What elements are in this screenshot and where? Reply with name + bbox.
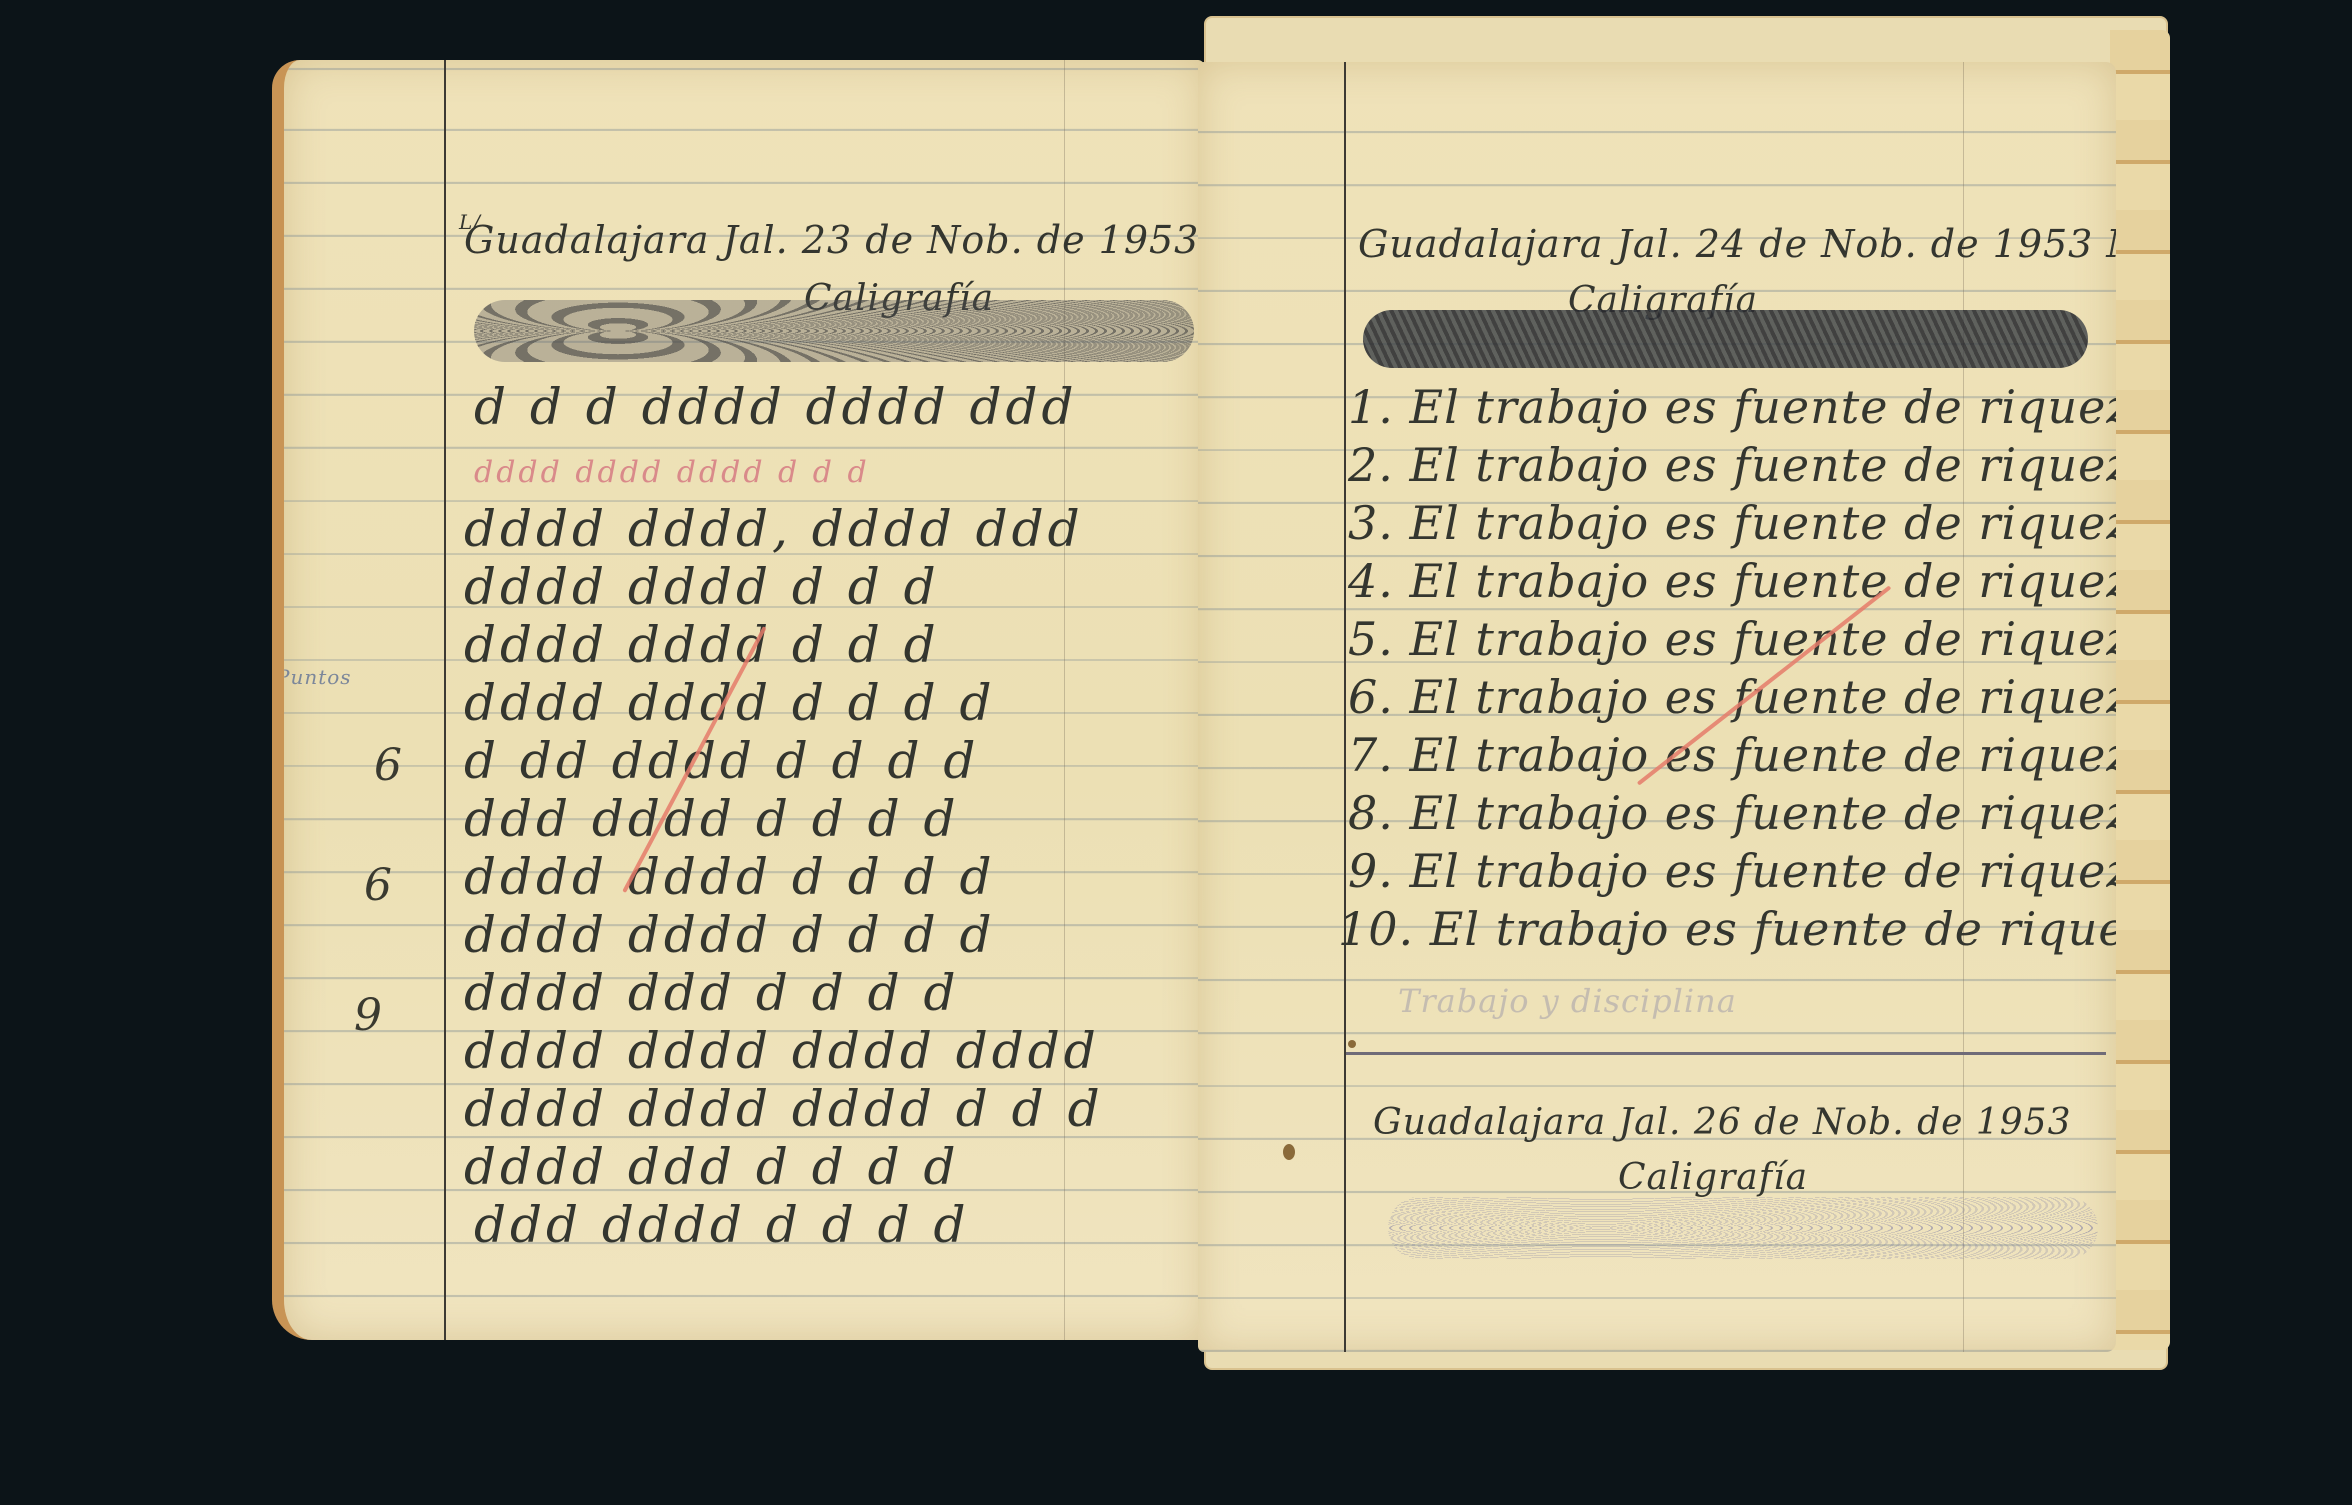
sentence-text: El trabajo es fuente de riqueza: [1410, 844, 2116, 898]
sentence-line: 9. El trabajo es fuente de riqueza: [1348, 844, 2116, 898]
second-entry-subheading: Caligrafía: [1618, 1157, 1808, 1198]
red-guide-line: dddd dddd dddd d d d: [474, 455, 870, 490]
margin-line: [1344, 62, 1346, 1352]
drill-line: dddd dddd d d d: [464, 616, 940, 674]
faint-erased-text: Trabajo y disciplina: [1398, 982, 1737, 1020]
sentence-text: El trabajo es fuente de riqueza: [1410, 496, 2116, 550]
scribble-crossed-out-line: [1363, 310, 2088, 368]
sentence-line: 2. El trabajo es fuente de riqueza: [1348, 438, 2116, 492]
entry-divider: [1346, 1052, 2106, 1055]
sentence-text: El trabajo es fuente de riqueza: [1410, 728, 2116, 782]
scribble-oval-exercise: [1388, 1197, 2098, 1259]
open-notebook: L/ Guadalajara Jal. 23 de Nob. de 1953 N…: [0, 0, 2352, 1505]
line-number: 6.: [1348, 670, 1394, 724]
drill-line: dddd dddd d d d d: [464, 906, 996, 964]
drill-line: dddd dddd d d d d: [464, 848, 996, 906]
drill-line: dddd dddd dddd dddd: [464, 1022, 1100, 1080]
sentence-text: El trabajo es fuente de riqueza: [1410, 438, 2116, 492]
sentence-line: 6. El trabajo es fuente de riqueza: [1348, 670, 2116, 724]
drill-line: dddd dddd, dddd ddd: [464, 500, 1084, 558]
second-entry-heading: Guadalajara Jal. 26 de Nob. de 1953: [1373, 1102, 2072, 1143]
line-number: 8.: [1348, 786, 1394, 840]
line-number: 2.: [1348, 438, 1394, 492]
sentence-text: El trabajo es fuente de riqueza: [1410, 612, 2116, 666]
line-number: 1.: [1348, 380, 1394, 434]
scribble-oval-exercise: [474, 300, 1194, 362]
sentence-line: 8. El trabajo es fuente de riqueza: [1348, 786, 2116, 840]
drill-line: ddd dddd d d d d: [474, 1196, 970, 1254]
right-page: Guadalajara Jal. 24 de Nob. de 1953 N.78…: [1198, 62, 2116, 1352]
ink-spot: [1348, 1040, 1356, 1048]
sentence-text: El trabajo es fuente de riqueza: [1430, 902, 2116, 956]
margin-faint-label: Puntos: [276, 665, 352, 689]
sentence-line: 7. El trabajo es fuente de riqueza: [1348, 728, 2116, 782]
margin-grade: 6: [374, 740, 403, 791]
drill-line: ddd dddd d d d d: [464, 790, 960, 848]
sentence-text: El trabajo es fuente de riqueza: [1410, 670, 2116, 724]
line-number: 9.: [1348, 844, 1394, 898]
left-page: L/ Guadalajara Jal. 23 de Nob. de 1953 N…: [272, 60, 1204, 1340]
drill-line: dddd dddd dddd d d d: [464, 1080, 1104, 1138]
line-number: 5.: [1348, 612, 1394, 666]
sentence-text: El trabajo es fuente de riqueza: [1410, 554, 2116, 608]
frayed-page-edges: [2110, 30, 2170, 1350]
sentence-text: El trabajo es fuente de riqueza: [1410, 786, 2116, 840]
drill-line: d d d dddd dddd ddd: [474, 378, 1078, 436]
drill-line: dddd ddd d d d d: [464, 964, 960, 1022]
line-number: 10.: [1338, 902, 1414, 956]
line-number: 7.: [1348, 728, 1394, 782]
sentence-line: 1. El trabajo es fuente de riqueza: [1348, 380, 2116, 434]
drill-line: dddd dddd d d d: [464, 558, 940, 616]
margin-grade: 9: [354, 990, 383, 1041]
drill-line: dddd ddd d d d d: [464, 1138, 960, 1196]
sentence-line: 5. El trabajo es fuente de riqueza: [1348, 612, 2116, 666]
margin-line: [444, 60, 446, 1340]
left-heading: Guadalajara Jal. 23 de Nob. de 1953 N.: [464, 218, 1204, 262]
drill-line: d dd dddd d d d d: [464, 732, 979, 790]
sentence-line: 10. El trabajo es fuente de riqueza: [1338, 902, 2116, 956]
sentence-line: 4. El trabajo es fuente de riqueza: [1348, 554, 2116, 608]
margin-grade: 6: [364, 860, 393, 911]
sentence-text: El trabajo es fuente de riqueza: [1410, 380, 2116, 434]
drill-line: dddd dddd d d d d: [464, 674, 996, 732]
right-heading: Guadalajara Jal. 24 de Nob. de 1953 N.78: [1358, 222, 2116, 266]
sentence-line: 3. El trabajo es fuente de riqueza: [1348, 496, 2116, 550]
line-number: 4.: [1348, 554, 1394, 608]
ink-spot: [1283, 1144, 1295, 1160]
line-number: 3.: [1348, 496, 1394, 550]
